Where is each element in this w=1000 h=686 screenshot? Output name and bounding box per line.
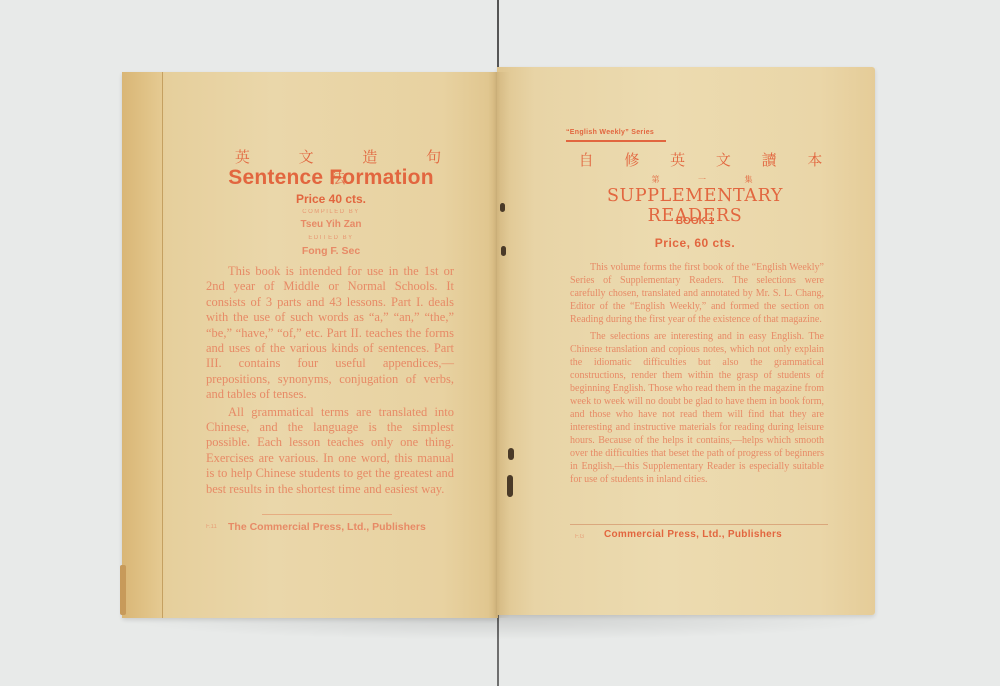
binding-stitch bbox=[507, 475, 513, 497]
right-publisher: Commercial Press, Ltd., Publishers bbox=[604, 529, 782, 540]
right-footer-rule bbox=[570, 524, 828, 525]
author-name: Tseu Yih Zan bbox=[200, 219, 462, 230]
left-price: Price 40 cts. bbox=[200, 192, 462, 206]
right-chinese-title: 自 修 英 文 讀 本 bbox=[560, 149, 842, 170]
right-paragraph: This volume forms the first book of the … bbox=[570, 261, 824, 326]
left-page-worn-edge bbox=[120, 565, 126, 615]
open-book: 英 文 造 句 法 Sentence Formation Price 40 ct… bbox=[0, 0, 1000, 686]
edited-by-label: EDITED BY bbox=[200, 235, 462, 241]
binding-stitch bbox=[500, 203, 505, 212]
left-description: This book is intended for use in the 1st… bbox=[206, 264, 454, 497]
binding-stitch bbox=[508, 448, 514, 460]
right-description: This volume forms the first book of the … bbox=[570, 261, 824, 486]
left-paragraph: This book is intended for use in the 1st… bbox=[206, 264, 454, 403]
book-gutter bbox=[488, 72, 510, 618]
left-book-title: Sentence Formation bbox=[200, 166, 462, 190]
left-paragraph: All grammatical terms are translated int… bbox=[206, 405, 454, 497]
left-publisher: The Commercial Press, Ltd., Publishers bbox=[228, 521, 426, 533]
right-paragraph: The selections are interesting and in ea… bbox=[570, 330, 824, 486]
volume-chinese: 第 一 集 bbox=[560, 174, 846, 185]
left-footer-rule bbox=[262, 514, 392, 515]
left-page-flap bbox=[122, 72, 163, 618]
series-label: “English Weekly” Series bbox=[566, 129, 654, 136]
left-footer-code: F.11 bbox=[206, 524, 217, 530]
editor-name: Fong F. Sec bbox=[200, 245, 462, 257]
series-underline bbox=[566, 140, 666, 142]
book-number: BOOK 1 bbox=[560, 216, 830, 227]
right-footer-code: F.G bbox=[575, 534, 584, 540]
binding-stitch bbox=[501, 246, 506, 256]
right-price: Price, 60 cts. bbox=[560, 236, 830, 250]
compiled-by-label: COMPILED BY bbox=[200, 209, 462, 215]
